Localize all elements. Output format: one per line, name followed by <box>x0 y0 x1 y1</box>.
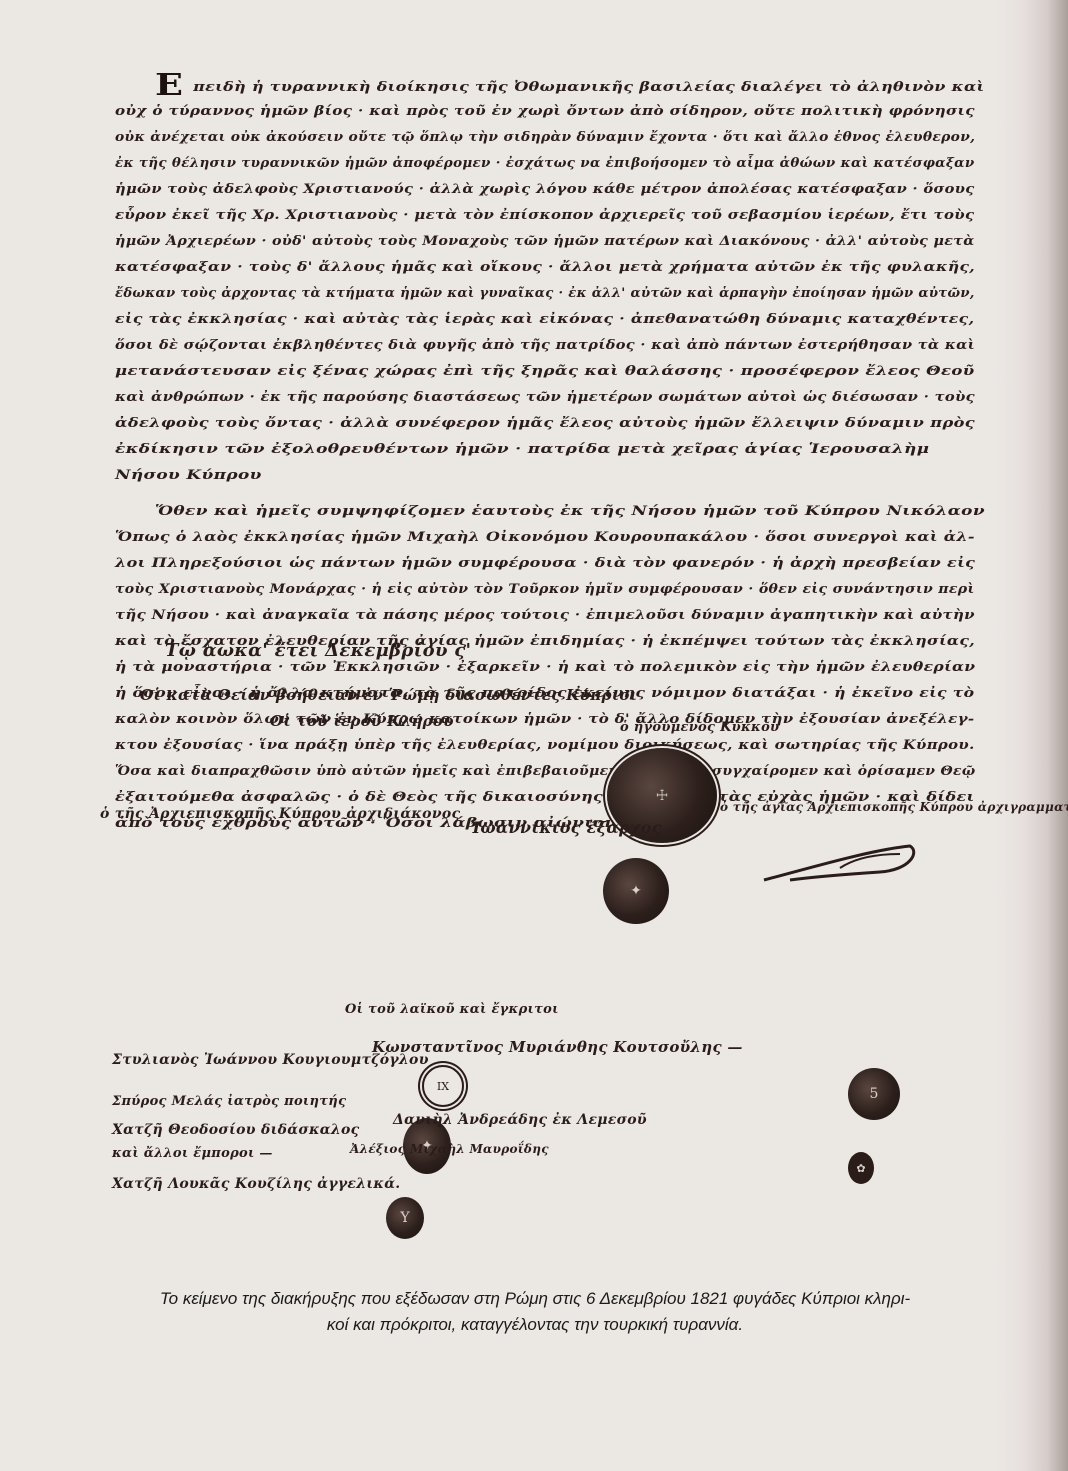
manuscript-line: ἡμῶν τοὺς ἀδελφοὺς Χριστιανούς · ἀλλὰ χω… <box>115 182 975 197</box>
manuscript-line: Επειδὴ ἡ τυραννικὴ διοίκησις τῆς Ὀθωμανι… <box>155 68 985 103</box>
laity-signature: Χατζῆ Λουκᾶς Κουζίλης ἀγγελικά. <box>112 1176 400 1192</box>
figure-caption: Το κείμενο της διακήρυξης που εξέδωσαν σ… <box>90 1286 980 1338</box>
manuscript-line: εὗρον ἐκεῖ τῆς Χρ. Χριστιανοὺς · μετὰ τὸ… <box>115 208 974 223</box>
manuscript-line: ἔδωκαν τοὺς ἀρχοντας τὰ κτήματα ἡμῶν καὶ… <box>115 286 975 301</box>
book-page-edge <box>998 0 1068 1471</box>
laity-signature: Ἀλέξιος Μιχαὴλ Μαυροΐδης <box>350 1142 549 1156</box>
seal-mark-icon: Υ <box>386 1197 424 1239</box>
manuscript-line: ἡμῶν Ἀρχιερέων · οὐδ' αὐτοὺς τοὺς Μοναχο… <box>115 234 975 249</box>
manuscript-line: καὶ ἀνθρώπων · ἐκ τῆς παρούσης διαστάσεω… <box>115 390 975 405</box>
manuscript-line: οὐκ ἀνέχεται οὐκ ἀκούσειν οὔτε τῷ ὅπλῳ τ… <box>115 130 975 145</box>
caption-line-1: Το κείμενο της διακήρυξης που εξέδωσαν σ… <box>90 1286 980 1312</box>
ink-mark: ✿ <box>848 1152 874 1184</box>
seal-mark-icon: ΙΧ <box>424 1067 462 1105</box>
wax-seal: 5 <box>848 1068 900 1120</box>
clergy-signature: ὁ τῆς ἁγίας Ἀρχιεπισκοπῆς Κύπρου ἀρχιγρα… <box>720 800 1068 814</box>
manuscript-line: εἰς τὰς ἐκκλησίας · καὶ αὐτὰς τὰς ἱερὰς … <box>115 312 974 327</box>
seal-mark-icon: ✦ <box>603 858 669 924</box>
manuscript-line: ἐκδίκησιν τῶν ἐξολοθρευθέντων ἡμῶν · πατ… <box>115 442 929 457</box>
ink-stamp: ΙΧ <box>422 1065 464 1107</box>
manuscript-line: ἀδελφοὺς τοὺς ὄντας · ἀλλὰ συνέφερον ἡμᾶ… <box>115 416 975 431</box>
wax-seal: ✦ <box>603 858 669 924</box>
manuscript-line: κτου ἐξουσίας · ἵνα πράξῃ ὑπὲρ τῆς ἐλευθ… <box>115 738 975 753</box>
manuscript-line: Ὅθεν καὶ ἡμεῖς συμψηφίζομεν ἑαυτοὺς ἐκ τ… <box>155 504 985 519</box>
laity-signature: Δανιὴλ Ἀνδρεάδης ἐκ Λεμεσοῦ <box>393 1112 647 1128</box>
laity-signature: Σπύρος Μελάς ἰατρὸς ποιητής <box>112 1094 346 1109</box>
manuscript-line: Ὅσα καὶ διαπραχθῶσιν ὑπὸ αὐτῶν ἡμεῖς καὶ… <box>115 764 975 779</box>
manuscript-line: Νήσου Κύπρου <box>115 468 262 483</box>
manuscript-line: λοι Πληρεξούσιοι ὡς πάντων ἡμῶν συμφέρου… <box>115 556 975 571</box>
manuscript-line: ὅσοι δὲ σῴζονται ἐκβληθέντες διὰ φυγῆς ἀ… <box>115 338 975 353</box>
caption-line-2: κοί και πρόκριτοι, καταγγέλοντας την του… <box>90 1312 980 1338</box>
clergy-heading: Οἱ τοῦ ἱεροῦ Κλήρου <box>270 712 454 730</box>
seal-mark-icon: ✿ <box>848 1152 874 1184</box>
laity-signature: Χατζῆ Θεοδοσίου διδάσκαλος <box>112 1122 359 1138</box>
drop-initial: Ε <box>155 68 183 103</box>
line-text: πειδὴ ἡ τυραννικὴ διοίκησις τῆς Ὀθωμανικ… <box>193 80 984 95</box>
manuscript-line: οὐχ ὁ τύραννος ἡμῶν βίος · καὶ πρὸς τοῦ … <box>115 104 975 119</box>
seal-mark-icon: 5 <box>848 1068 900 1120</box>
laity-heading: Οἱ τοῦ λαϊκοῦ καὶ ἔγκριτοι <box>345 1002 559 1017</box>
manuscript-line: ἐκ τῆς θέλησιν τυραννικῶν ἡμῶν ἀποφέρομε… <box>115 156 974 171</box>
clergy-signature: ὁ ἡγούμενος Κύκκου <box>620 720 779 735</box>
manuscript-line: μετανάστευσαν εἰς ξένας χώρας ἐπὶ τῆς ξη… <box>115 364 975 379</box>
clergy-signature: Ἰωαννίκιος ἔξαρχος <box>470 818 662 837</box>
manuscript-line: τῆς Νήσου · καὶ ἀναγκαῖα τὰ πάσης μέρος … <box>115 608 975 623</box>
manuscript-line: καλὸν κοινὸν ὅλων τῶν ἐν Κύπρῳ κατοίκων … <box>115 712 974 727</box>
laity-signature: Κωνσταντῖνος Μυριάνθης Κουτσοὔλης — <box>372 1038 743 1056</box>
manuscript-line: Ὅπως ὁ λαὸς ἐκκλησίας ἡμῶν Μιχαὴλ Οἰκονό… <box>115 530 975 545</box>
clergy-signature: ὁ τῆς Ἀρχιεπισκοπῆς Κύπρου ἀρχιδιάκονος <box>100 806 460 822</box>
signature-flourish-icon <box>760 840 920 886</box>
laity-signature: καὶ ἄλλοι ἔμποροι — <box>112 1146 273 1161</box>
manuscript-line: κατέσφαξαν · τοὺς δ' ἄλλους ἡμᾶς καὶ οἴκ… <box>115 260 975 275</box>
date-line: Τῷ αωκα' ἔτει Δεκεμβρίου ς' <box>165 640 471 661</box>
manuscript-line: ἡ τὰ μοναστήρια · τῶν Ἐκκλησιῶν · ἐξαρκε… <box>115 660 975 675</box>
manuscript-line: τοὺς Χριστιανοὺς Μονάρχας · ἡ εἰς αὐτὸν … <box>115 582 975 597</box>
signatories-heading: Οἱ κατὰ Θείαν βοήθειαν ἐν Ῥώμῃ διασωθέντ… <box>140 686 637 704</box>
wax-seal: Υ <box>386 1197 424 1239</box>
